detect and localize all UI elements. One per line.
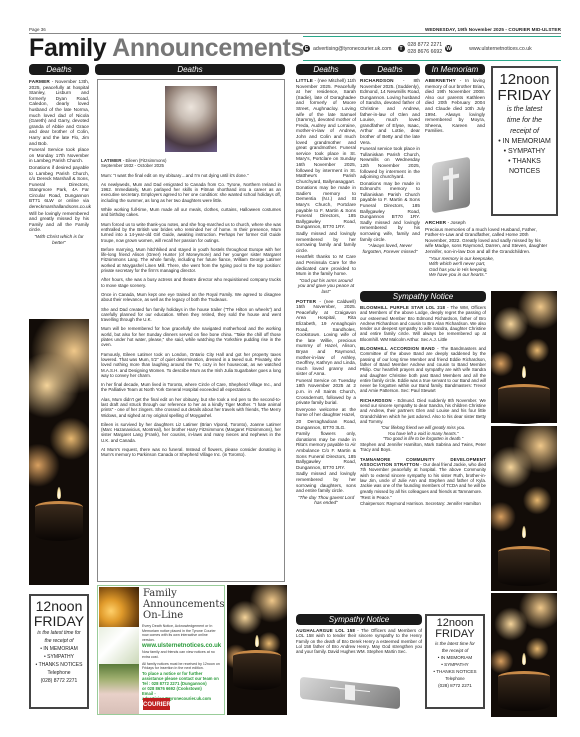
sympathy-banner: Sympathy Notice xyxy=(360,291,486,302)
promo-tel-label: Telephone xyxy=(31,669,87,677)
deaths-banner: Deaths xyxy=(29,64,89,75)
notice-first-name: - Joseph xyxy=(446,220,465,225)
notice-welcome: Everyone welcome at the home of her daug… xyxy=(296,407,356,418)
obit-paragraph: She and Dad created fun family holidays … xyxy=(101,307,281,323)
notice-text: - (nee Mitchell) 11th November 2025. Pea… xyxy=(296,78,356,184)
promo-line1: is the latest xyxy=(493,104,556,115)
obit-paragraph: Mum forced us to write thank-you notes, … xyxy=(101,222,281,243)
notice-verse: "With Christ which is far better" xyxy=(29,234,89,245)
obit-paragraph: Alas, Mum didn't get the final edit on h… xyxy=(101,397,281,418)
dateline: WEDNESDAY, 19th November 2025 - COURIER … xyxy=(425,27,561,32)
candle-image-right-2 xyxy=(491,426,557,591)
promo-time: 12noon xyxy=(31,599,87,614)
web-icon: W xyxy=(445,45,452,52)
promo-item: • SYMPATHY xyxy=(31,653,87,661)
notice-maiden-name: - Eileen (Fitzsimmons) xyxy=(122,158,167,163)
obit-paragraph: Eileen is survived by her daughters Liz … xyxy=(101,422,281,443)
notice-verse: "The day Thou gavest Lord has ended" xyxy=(296,495,356,506)
portrait-photo xyxy=(165,86,217,152)
bible-image xyxy=(300,677,400,710)
notice-name: POTTER xyxy=(296,299,316,304)
promo-day: FRIDAY xyxy=(31,614,87,629)
promo-line1: is the latest time for xyxy=(31,629,87,637)
candles-image xyxy=(99,587,139,627)
promo-item: • SYMPATHY xyxy=(493,147,556,157)
online-intro: Every Death Notice, Acknowledgement or I… xyxy=(142,624,221,642)
notice-donations: Donations may be made in Edmond's memory… xyxy=(360,181,420,243)
notice-closing: Will be lovingly remembered and greatly … xyxy=(29,211,89,233)
sympathy-notices: BLOOMHILL PURPLE STAR LOL 218 - The WM, … xyxy=(360,305,486,582)
notice-text: - November 13th, 2025, peacefully at hos… xyxy=(29,79,89,146)
phone-1: 028 8772 2271 xyxy=(408,42,443,49)
family-image xyxy=(99,664,139,714)
email-icon: E xyxy=(303,45,310,52)
obit-paragraph: Famously, Eileen Latimer took on London,… xyxy=(101,352,281,378)
notice-dates: September 1932 - October 2025 xyxy=(101,163,164,168)
in-memoriam-abernethy: ABERNETHY - In loving memory of our brot… xyxy=(425,78,485,135)
notice-text: - Our deal friend Jackie, who died 7th N… xyxy=(360,462,486,493)
column-3: LITTLE - (nee Mitchell) 11th November 20… xyxy=(296,78,356,573)
obit-paragraph: In her final decade, Mum lived in Toront… xyxy=(101,382,281,393)
deaths-banner: Deaths xyxy=(296,64,356,75)
promo-tel: (028) 8772 2271 xyxy=(31,677,87,685)
bible-image xyxy=(432,157,470,214)
in-memoriam-banner: In Memoriam xyxy=(425,64,485,75)
contact-bar: E advertising@tyronecourier.uk.com T 028… xyxy=(303,36,561,61)
online-info: Now family and friends can view notices … xyxy=(142,650,221,659)
promo-item: • THANKS NOTICES xyxy=(427,668,483,675)
promo-line1: is the latest time for xyxy=(427,640,483,647)
verse-line: We have you in our hearts." xyxy=(429,272,549,278)
notice-funeral: Funeral service took place in Tullaniska… xyxy=(360,146,420,180)
column-1: Deaths FARMER - November 13th, 2025, pea… xyxy=(29,64,89,246)
deadline-promo-right: 12noon FRIDAY is the latest time for the… xyxy=(491,66,558,216)
promo-tel: (028) 8772 2271 xyxy=(427,682,483,689)
notice-donations: Donations may be made in Sadie's memory … xyxy=(296,185,356,230)
notice-funeral: Funeral Service on Tuesday 18th November… xyxy=(296,378,356,406)
verse-line: "Rest in Peace." xyxy=(360,495,486,500)
phone-2: 028 8676 6692 xyxy=(408,49,443,56)
obit-paragraph: Before marrying, Mum hitchhiked and stay… xyxy=(101,247,281,273)
promo-day: FRIDAY xyxy=(427,629,483,640)
notice-closing: Stephen and Jennifer Hamilton, Mark Sabr… xyxy=(360,442,486,453)
promo-item: • THANKS NOTICES xyxy=(31,661,87,669)
notice-address: 20 Derraghadoan Road, Dungannon, BT70 3L… xyxy=(296,419,356,430)
notice-verse: "God put his arms around you and gave yo… xyxy=(296,278,356,295)
notice-name: AUGHALARGUE LOL 158 xyxy=(296,628,355,633)
obit-paragraph: At Mum's request, there was no funeral. … xyxy=(101,447,281,458)
promo-tel-label: Telephone xyxy=(427,675,483,682)
candle-image-bottom xyxy=(227,585,287,715)
deaths-banner: Deaths xyxy=(360,64,420,75)
notice-text: - (nee Caldwell) 15th November, 2025. Pe… xyxy=(296,299,356,377)
deaths-banner: Deaths xyxy=(95,64,285,75)
promo-item: • THANKS xyxy=(493,157,556,167)
column-4: RICHARDSON - 8th November 2025. (Suddenl… xyxy=(360,78,420,255)
page-number: Page 36 xyxy=(29,27,46,32)
notice-funeral: Funeral Service took place on Monday 17t… xyxy=(29,147,89,164)
obit-paragraph: Mum: "I want the final edit on my obitua… xyxy=(101,173,281,178)
website-link[interactable]: www.ulsternetnotices.co.uk xyxy=(469,46,532,52)
notice-name: RICHARDSON xyxy=(360,78,394,83)
deadline-promo-left: 12noon FRIDAY is the latest time for the… xyxy=(29,594,89,709)
notice-text: Precious memories of a much loved Husban… xyxy=(425,227,549,255)
notice-text: - In loving memory of our brother Brian,… xyxy=(425,78,485,133)
online-announcements-ad: Family Announcements On-Line Every Death… xyxy=(97,585,225,715)
promo-time: 12noon xyxy=(493,72,556,88)
notice-text: The WM, Officers and Members of the abov… xyxy=(360,305,486,342)
promo-line3: receipt of xyxy=(493,126,556,137)
notice-name: FARMER xyxy=(29,79,50,84)
notice-name: ARCHER xyxy=(425,220,446,225)
notice-text: - 8th November 2025. (Suddenly), Edmond,… xyxy=(360,78,420,145)
in-memoriam-archer: ARCHER - Joseph Precious memories of a m… xyxy=(425,220,549,279)
phone-icon: T xyxy=(398,45,405,52)
notice-name: LITTLE xyxy=(296,78,313,83)
obit-paragraph: Mum will be remembered for how gracefull… xyxy=(101,326,281,347)
online-contact: To place a notice or for further assista… xyxy=(142,671,221,681)
notice-verse: "Always loved, Never forgotten, Forever … xyxy=(360,243,420,254)
online-url-link[interactable]: www.ulsternetnotices.co.uk xyxy=(142,642,221,650)
obit-paragraph: While working full-time, Mum made all ou… xyxy=(101,207,281,218)
notice-name: LATIMER xyxy=(101,158,122,163)
notice-text: The Bandmasters and Committee of the abo… xyxy=(360,346,486,393)
online-deadline: All family notices must be received by 1… xyxy=(142,662,221,671)
sympathy-banner: Sympathy Notice xyxy=(296,614,422,625)
latimer-notice: LATIMER - Eileen (Fitzsimmons)September … xyxy=(97,79,285,582)
promo-item: • IN MEMORIAM xyxy=(493,137,556,147)
notice-donations: Donations if desired payable to Lambeg P… xyxy=(29,165,89,210)
lily-image xyxy=(99,627,139,664)
page-title: Family Announcements xyxy=(29,34,304,62)
notice-name: RICHARDSON xyxy=(360,398,392,403)
online-text: Every Death Notice, Acknowledgement or I… xyxy=(142,624,221,701)
obit-paragraph: As newlyweds, Mum and Dad emigrated to C… xyxy=(101,182,281,203)
promo-day: FRIDAY xyxy=(493,88,556,104)
notice-name: BLOOMHILL ACCORDION BAND xyxy=(360,346,435,351)
promo-item: NOTICES xyxy=(493,167,556,177)
promo-line2: the receipt of xyxy=(427,647,483,654)
notice-closing: Sadly missed and lovingly remembered by … xyxy=(296,471,356,493)
notice-thanks: Heartfelt thanks to M Care and Peninsula… xyxy=(296,254,356,276)
candle-image-right-1 xyxy=(491,291,557,423)
promo-item: • IN MEMORIAM xyxy=(31,645,87,653)
email-link[interactable]: advertising@tyronecourier.uk.com xyxy=(313,46,392,52)
candle-image-right-3 xyxy=(491,593,557,717)
obit-paragraph: After hours, she was a busy actress and … xyxy=(101,277,281,288)
promo-item: • IN MEMORIAM xyxy=(427,654,483,661)
promo-line2: time for the xyxy=(493,115,556,126)
promo-line2: the receipt of xyxy=(31,637,87,645)
phone-numbers: 028 8772 2271 028 8676 6692 xyxy=(408,42,443,56)
notice-closing: Chairperson: Raymond Harrison. Secretary… xyxy=(360,501,486,506)
notice-closing: Sadly missed and lovingly remembered by … xyxy=(296,231,356,253)
courier-logo: COURIER xyxy=(143,698,170,710)
title-announcements: Announcements xyxy=(112,34,304,62)
deadline-promo-bottom: 12noon FRIDAY is the latest time for the… xyxy=(425,614,485,709)
sympathy-aughalargue: AUGHALARGUE LOL 158 - The Officers and M… xyxy=(296,628,422,655)
notice-donations: Family flowers only, donations may be ma… xyxy=(296,431,356,470)
obit-paragraph: Once in Canada, Mum kept one eye trained… xyxy=(101,292,281,303)
promo-item: • SYMPATHY xyxy=(427,661,483,668)
notice-name: ABERNETHY xyxy=(425,78,456,83)
online-title: Family Announcements On-Line xyxy=(143,588,225,621)
notice-name: BLOOMHILL PURPLE STAR LOL 218 xyxy=(360,305,445,310)
verse-line: "Too good in life to be forgotten in dea… xyxy=(360,436,486,441)
candle-image xyxy=(29,319,89,585)
title-family: Family xyxy=(29,34,106,62)
